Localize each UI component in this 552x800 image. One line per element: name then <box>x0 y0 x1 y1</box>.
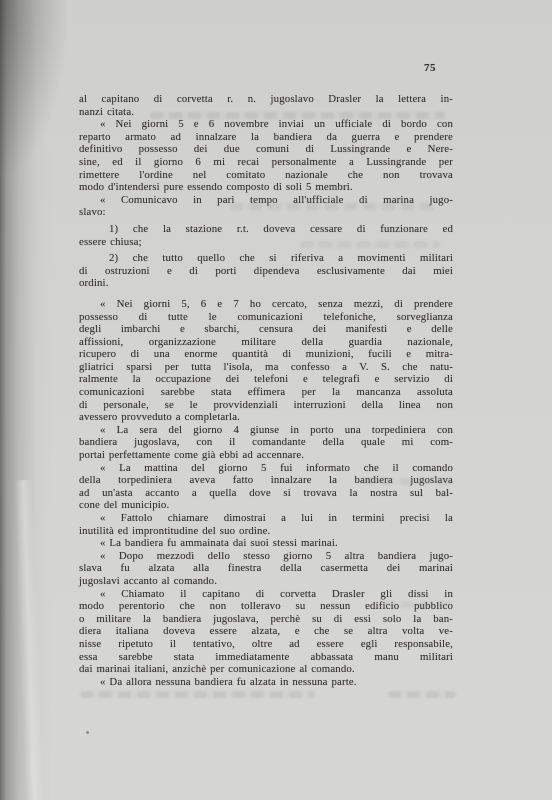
text-line: essa sarebbe stata immediatamente abbass… <box>79 651 453 664</box>
text-line: dai marinai italiani, anzichè per comuni… <box>79 663 453 676</box>
text-line: al capitano di corvetta r. n. jugoslavo … <box>79 93 453 106</box>
text-line: « Dopo mezzodì dello stesso giorno 5 alt… <box>79 550 453 563</box>
text-line: rimettere l'ordine nel comitato nazional… <box>79 169 453 182</box>
text-line: bandiera jugoslava, con il comandante de… <box>79 436 453 449</box>
text-line: reparto armato ad innalzare la bandiera … <box>79 131 453 144</box>
text-line: cone del municipio. <box>79 499 453 512</box>
text-line: ordini. <box>79 277 453 290</box>
text-line: portai perfettamente come già ebbi ad ac… <box>79 449 453 462</box>
paragraph: « La sera del giorno 4 giunse in porto u… <box>79 424 453 462</box>
bleedthrough-smudge <box>230 203 435 210</box>
text-line: nisse ripetuto il tentativo, oltre ad es… <box>79 638 453 651</box>
text-line: di personale, se le provvidenziali inter… <box>79 399 453 412</box>
text-line: ad un'asta accanto a quella dove si trov… <box>79 487 453 500</box>
paragraph: « Nei giorni 5, 6 e 7 ho cercato, senza … <box>79 298 453 424</box>
text-line: gliatrici sparsi per tutta l'isola, ma c… <box>79 361 453 374</box>
text-line: affissioni, organizzazione militare dell… <box>79 336 453 349</box>
bleedthrough-smudge <box>388 691 456 698</box>
book-page-scan: 75 al capitano di corvetta r. n. jugosla… <box>0 0 552 800</box>
text-line: ralmente la occupazione dei telefoni e t… <box>79 373 453 386</box>
page-number: 75 <box>424 62 436 74</box>
paragraph: « Fattolo chiamare dimostrai a lui in te… <box>79 512 453 537</box>
text-line: 2) che tutto quello che si riferiva a mo… <box>79 252 453 265</box>
text-line: « La sera del giorno 4 giunse in porto u… <box>79 424 453 437</box>
text-line: « Fattolo chiamare dimostrai a lui in te… <box>79 512 453 525</box>
bleedthrough-smudge <box>362 478 454 485</box>
text-line: « La bandiera fu ammainata dai suoi stes… <box>79 537 453 550</box>
text-line: « Nei giorni 5 e 6 novembre inviai un uf… <box>79 118 453 131</box>
paragraph: « Da allora nessuna bandiera fu alzata i… <box>79 676 453 689</box>
book-gutter-corner-shade <box>0 0 70 180</box>
text-line: inutilità ed improntitudine del suo ordi… <box>79 525 453 538</box>
bleedthrough-smudge <box>150 112 445 119</box>
text-line: « Da allora nessuna bandiera fu alzata i… <box>79 676 453 689</box>
text-line: 1) che la stazione r.t. doveva cessare d… <box>79 223 453 236</box>
text-line: avessero provveduto a completarla. <box>79 411 453 424</box>
text-line: modo d'intendersi pure essendo composto … <box>79 181 453 194</box>
text-line: slava fu alzata alla finestra della case… <box>79 562 453 575</box>
text-line: o militare la bandiera jugoslava, perchè… <box>79 613 453 626</box>
paragraph: 2) che tutto quello che si riferiva a mo… <box>79 252 453 290</box>
text-line: degli imbarchi e sbarchi, censura dei ma… <box>79 323 453 336</box>
ink-speck <box>86 731 89 734</box>
text-line: ricupero di una enorme quantità di muniz… <box>79 348 453 361</box>
bleedthrough-smudge <box>300 241 440 248</box>
text-line: definitivo possesso dei due comuni di Lu… <box>79 143 453 156</box>
text-line: diera italiana doveva essere alzata, e c… <box>79 625 453 638</box>
text-line: possesso di tutte le comunicazioni telef… <box>79 311 453 324</box>
bleedthrough-smudge <box>382 601 454 608</box>
text-line: « Nei giorni 5, 6 e 7 ho cercato, senza … <box>79 298 453 311</box>
text-line: « Chiamato il capitano di corvetta Drasl… <box>79 588 453 601</box>
paragraph: « La bandiera fu ammainata dai suoi stes… <box>79 537 453 550</box>
text-line: jugoslavi accanto al comando. <box>79 575 453 588</box>
paragraph: « Nei giorni 5 e 6 novembre inviai un uf… <box>79 118 453 194</box>
bleedthrough-smudge <box>80 691 315 698</box>
text-line: comunicazioni sarebbe stata effimera per… <box>79 386 453 399</box>
paragraph: « Dopo mezzodì dello stesso giorno 5 alt… <box>79 550 453 588</box>
text-line: « La mattina del giorno 5 fui informato … <box>79 462 453 475</box>
page-text-block: al capitano di corvetta r. n. jugoslavo … <box>79 93 453 688</box>
text-line: sine, ed il giorno 6 mi recai personalme… <box>79 156 453 169</box>
paragraph: « La mattina del giorno 5 fui informato … <box>79 462 453 512</box>
text-line: di ostruzioni e di porti dipendeva esclu… <box>79 265 453 278</box>
